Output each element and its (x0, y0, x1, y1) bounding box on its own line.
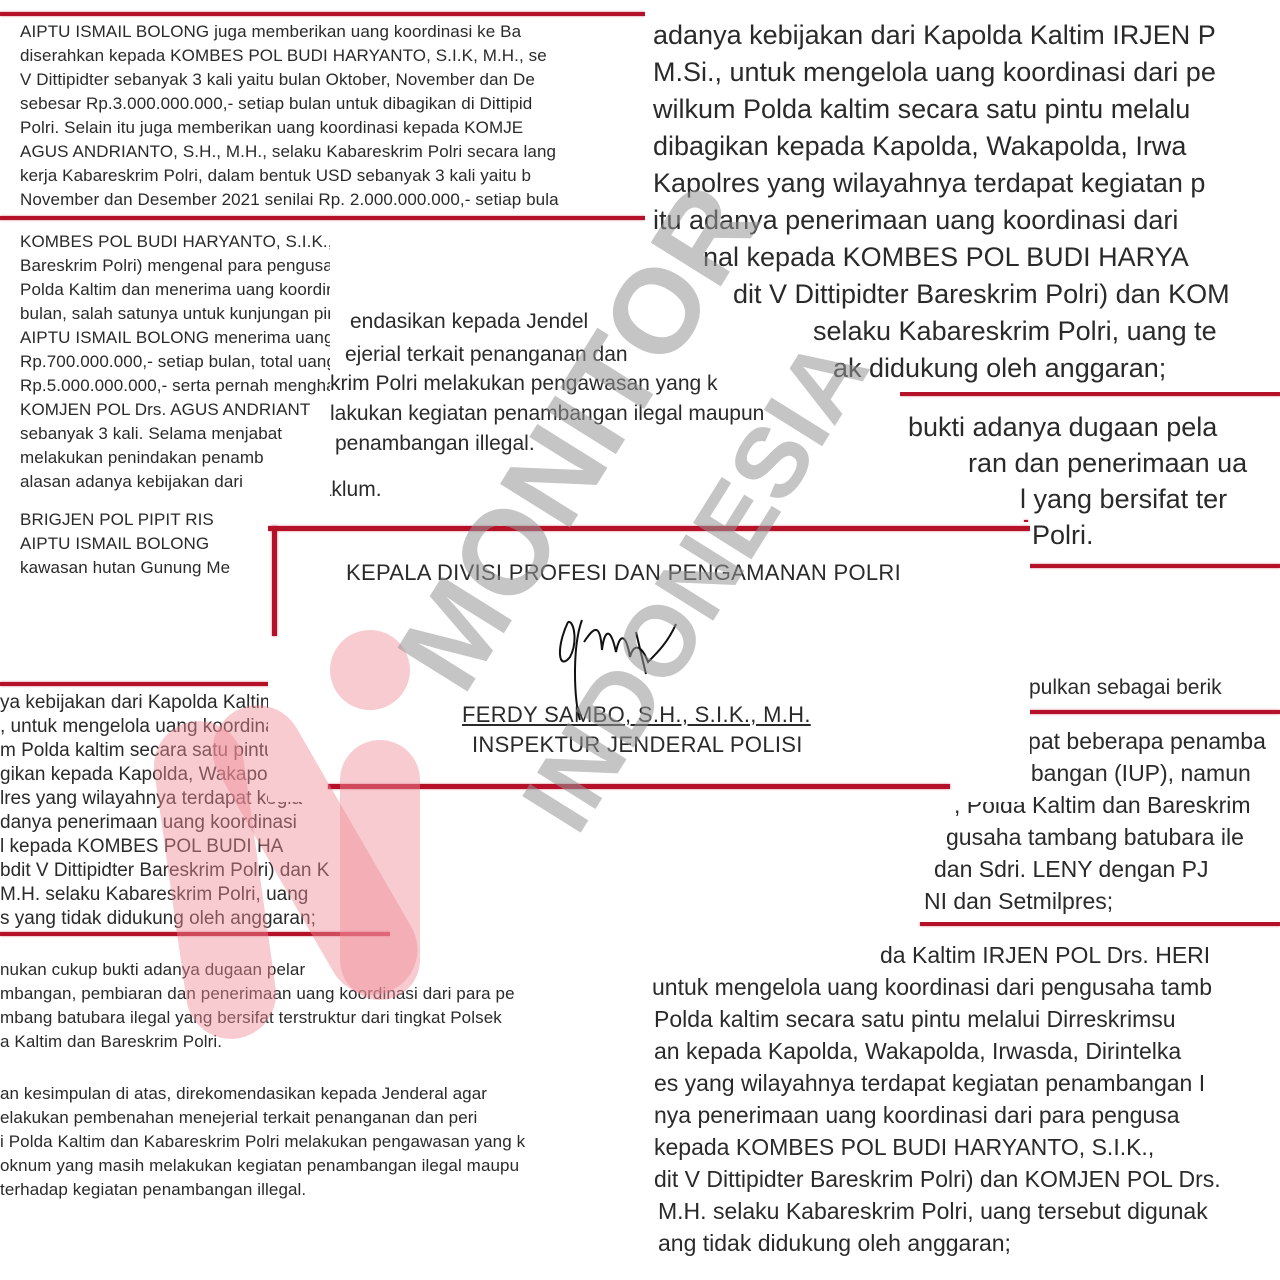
text-line: Polri. (1032, 520, 1094, 551)
red-border-bottom (1024, 564, 1280, 568)
text-line: kerja Kabareskrim Polri, dalam bentuk US… (20, 166, 531, 186)
text-line: M.H. selaku Kabareskrim Polri, uang ters… (658, 1198, 1208, 1225)
text-line: Rp.700.000.000,- setiap bulan, total uan… (20, 352, 330, 372)
text-line: bulan, salah satunya untuk kunjungan pim… (20, 304, 330, 324)
text-line: gikan kepada Kapolda, Wakapolda (0, 764, 293, 786)
text-line: krim Polri melakukan pengawasan yang k (330, 372, 718, 396)
text-line: m Polda kaltim secara satu pintu (0, 740, 275, 762)
red-border-top (268, 526, 1030, 531)
text-line: November dan Desember 2021 senilai Rp. 2… (20, 190, 559, 210)
red-border-top (0, 682, 300, 686)
text-line: Rp.5.000.000.000,- serta pernah menghada (20, 376, 330, 396)
signatory-rank: INSPEKTUR JENDERAL POLISI (472, 732, 803, 758)
text-line: l yang bersifat ter (1020, 484, 1227, 515)
red-border-top (900, 392, 1280, 396)
text-line: an kesimpulan di atas, direkomendasikan … (0, 1084, 487, 1104)
text-line: l kepada KOMBES POL BUDI HA (0, 836, 283, 858)
text-line: AIPTU ISMAIL BOLONG (20, 534, 209, 554)
snippet-bottom-left-lower: nukan cukup bukti adanya dugaan pelar mb… (0, 950, 640, 1210)
red-border-top (920, 922, 1280, 926)
text-line: ejerial terkait penanganan dan (345, 343, 628, 367)
text-line: ya kebijakan dari Kapolda Kaltim (0, 692, 276, 714)
red-border-left (272, 526, 277, 636)
text-line: NI dan Setmilpres; (924, 888, 1113, 915)
signature-title: KEPALA DIVISI PROFESI DAN PENGAMANAN POL… (346, 560, 901, 586)
text-line: elakukan pembenahan menejerial terkait p… (0, 1108, 477, 1128)
text-line: bdit V Dittipidter Bareskrim Polri) dan … (0, 860, 329, 882)
red-border-bottom (0, 932, 390, 936)
text-line: sebanyak 3 kali. Selama menjabat (20, 424, 282, 444)
text-line: dan Sdri. LENY dengan PJ (934, 856, 1208, 883)
text-line: mbang batubara ilegal yang bersifat ters… (0, 1008, 502, 1028)
text-line: lres yang wilayahnya terdapat kegia (0, 788, 302, 810)
text-line: kawasan hutan Gunung Me (20, 558, 230, 578)
text-line: nya penerimaan uang koordinasi dari para… (654, 1102, 1180, 1129)
text-line: diserahkan kepada KOMBES POL BUDI HARYAN… (20, 46, 547, 66)
text-line: bukti adanya dugaan pela (908, 412, 1217, 443)
text-line: penambangan illegal. (335, 432, 535, 456)
text-line: AIPTU ISMAIL BOLONG juga memberikan uang… (20, 22, 521, 42)
signatory-name: FERDY SAMBO, S.H., S.I.K., M.H. (462, 702, 811, 728)
text-line: wilkum Polda kaltim secara satu pintu me… (653, 94, 1190, 125)
signature-block: KEPALA DIVISI PROFESI DAN PENGAMANAN POL… (268, 522, 1030, 802)
text-line: KOMJEN POL Drs. AGUS ANDRIANT (20, 400, 310, 420)
text-line: adanya kebijakan dari Kapolda Kaltim IRJ… (653, 20, 1216, 51)
text-line: Polda kaltim secara satu pintu melalui D… (654, 1006, 1176, 1033)
text-line: melakukan penindakan penamb (20, 448, 264, 468)
text-line: terhadap kegiatan penambangan illegal. (0, 1180, 306, 1200)
text-line: nukan cukup bukti adanya dugaan pelar (0, 960, 305, 980)
text-line: danya penerimaan uang koordinasi (0, 812, 297, 834)
snippet-center-upper: endasikan kepada Jendel ejerial terkait … (330, 310, 910, 510)
text-line: Bareskrim Polri) mengenal para pengusaha… (20, 256, 330, 276)
text-line: V Dittipidter sebanyak 3 kali yaitu bula… (20, 70, 535, 90)
text-line: AGUS ANDRIANTO, S.H., M.H., selaku Kabar… (20, 142, 556, 162)
text-line: oknum yang masih melakukan kegiatan pena… (0, 1156, 519, 1176)
text-line: es yang wilayahnya terdapat kegiatan pen… (654, 1070, 1205, 1097)
text-line: alasan adanya kebijakan dari (20, 472, 243, 492)
text-line: sebesar Rp.3.000.000.000,- setiap bulan … (20, 94, 532, 114)
text-line: endasikan kepada Jendel (350, 310, 588, 334)
text-line: untuk mengelola uang koordinasi dari pen… (652, 974, 1212, 1001)
text-line: kepada KOMBES POL BUDI HARYANTO, S.I.K., (654, 1134, 1154, 1161)
text-line: dit V Dittipidter Bareskrim Polri) dan K… (733, 279, 1230, 310)
text-line: lakukan kegiatan penambangan ilegal maup… (330, 402, 764, 426)
text-line: KOMBES POL BUDI HARYANTO, S.I.K., M.H., … (20, 232, 330, 252)
red-border-bottom (0, 216, 645, 220)
text-line: dit V Dittipidter Bareskrim Polri) dan K… (654, 1166, 1221, 1193)
text-line: ran dan penerimaan ua (968, 448, 1247, 479)
text-line: s yang tidak didukung oleh anggaran; (0, 908, 316, 930)
text-line: M.H. selaku Kabareskrim Polri, uang (0, 884, 308, 906)
snippet-bottom-right: da Kaltim IRJEN POL Drs. HERI untuk meng… (640, 922, 1280, 1280)
text-line: ui maklum. (330, 478, 382, 502)
text-line: itu adanya penerimaan uang koordinasi da… (653, 205, 1178, 236)
text-line: Kapolres yang wilayahnya terdapat kegiat… (653, 168, 1205, 199)
red-border-top (0, 12, 645, 16)
text-line: Polri. Selain itu juga memberikan uang k… (20, 118, 523, 138)
text-line: an kepada Kapolda, Wakapolda, Irwasda, D… (654, 1038, 1181, 1065)
text-line: dibagikan kepada Kapolda, Wakapolda, Irw… (653, 131, 1186, 162)
text-line: Polda Kaltim dan menerima uang koordinas… (20, 280, 330, 300)
text-line: i Polda Kaltim dan Kabareskrim Polri mel… (0, 1132, 525, 1152)
text-line: BRIGJEN POL PIPIT RIS (20, 510, 214, 530)
text-line: a Kaltim dan Bareskrim Polri. (0, 1032, 222, 1052)
text-line: ang tidak didukung oleh anggaran; (658, 1230, 1011, 1257)
text-line: , untuk mengelola uang koordinas (0, 716, 285, 738)
text-line: nal kepada KOMBES POL BUDI HARYA (703, 242, 1189, 273)
text-line: M.Si., untuk mengelola uang koordinasi d… (653, 57, 1216, 88)
snippet-top-left: AIPTU ISMAIL BOLONG juga memberikan uang… (0, 0, 645, 222)
text-line: mbangan, pembiaran dan penerimaan uang k… (0, 984, 515, 1004)
text-line: gusaha tambang batubara ile (946, 824, 1244, 851)
red-border-bottom (328, 784, 950, 789)
text-line: da Kaltim IRJEN POL Drs. HERI (880, 942, 1210, 969)
text-line: AIPTU ISMAIL BOLONG menerima uang koordi… (20, 328, 330, 348)
